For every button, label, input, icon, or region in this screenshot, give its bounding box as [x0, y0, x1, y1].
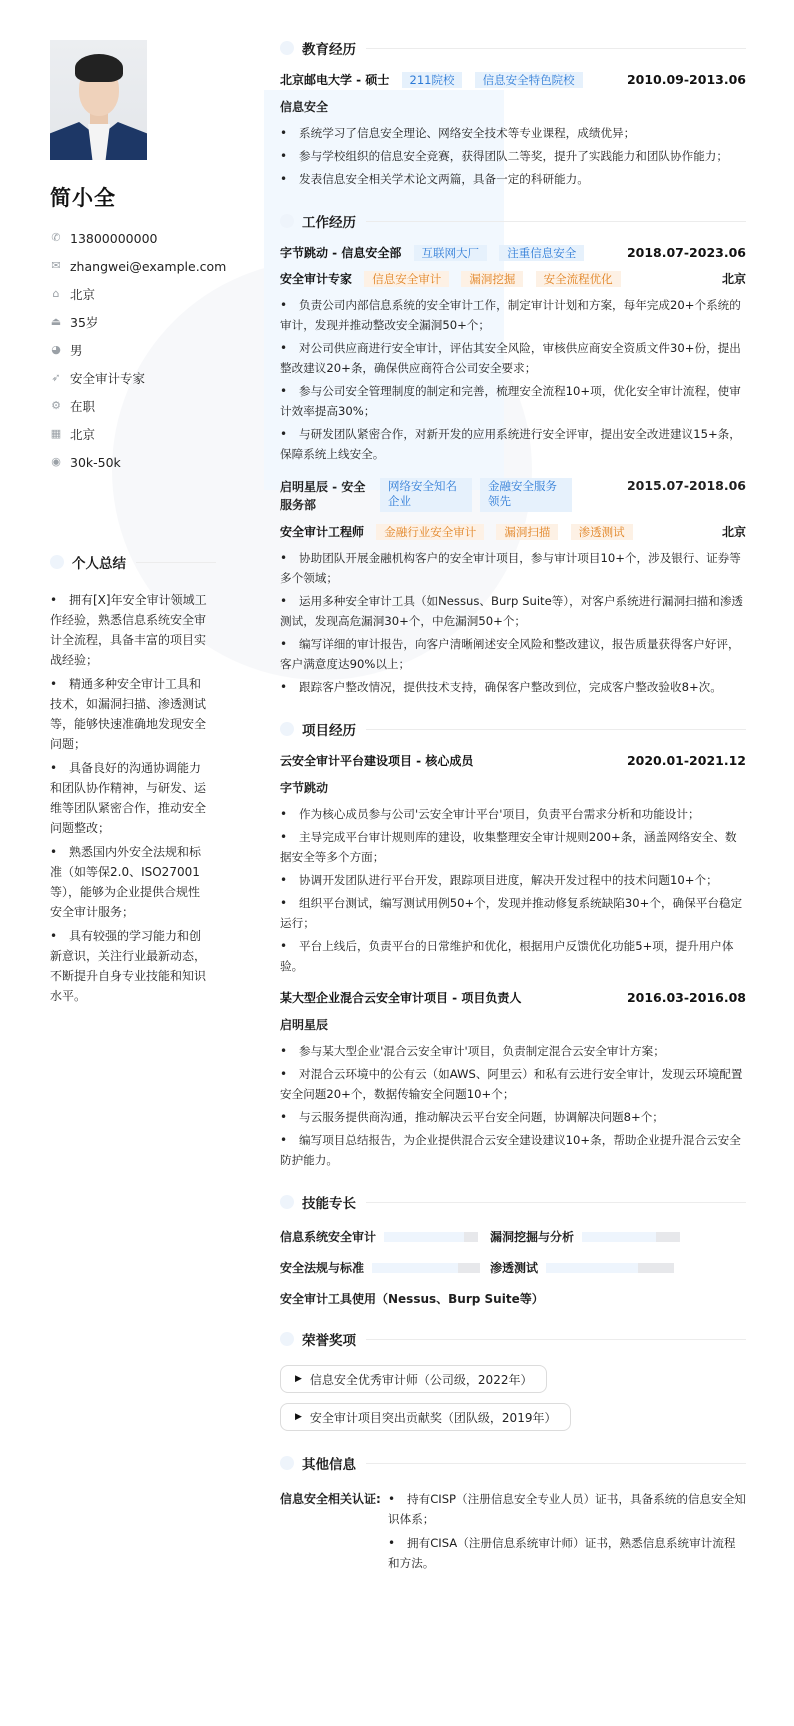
bullet-icon: • — [280, 1064, 299, 1084]
bullet-icon: • — [280, 146, 299, 166]
company-block: 字节跳动 - 信息安全部 互联网大厂 注重信息安全 — [280, 245, 627, 261]
school-block: 北京邮电大学 - 硕士 211院校 信息安全特色院校 — [280, 72, 627, 88]
projects-section-header: 项目经历 — [280, 719, 746, 739]
summary-item: •具有较强的学习能力和创新意识，关注行业最新动态，不断提升自身专业技能和知识水平… — [50, 926, 210, 1006]
divider — [366, 1202, 746, 1203]
project-entry: 某大型企业混合云安全审计项目 - 项目负责人 2016.03-2016.08 启… — [280, 990, 746, 1170]
work-section: 工作经历 字节跳动 - 信息安全部 互联网大厂 注重信息安全 2018.07-2… — [280, 211, 746, 697]
project-bullets: •作为核心成员参与公司'云安全审计平台'项目，负责平台需求分析和功能设计； •主… — [280, 804, 746, 976]
email-icon: ✉ — [50, 260, 62, 272]
bullet-text: 与云服务提供商沟通，推动解决云平台安全问题，协调解决问题8+个； — [299, 1110, 664, 1124]
role-block: 安全审计专家 信息安全审计 漏洞挖掘 安全流程优化 — [280, 271, 722, 287]
projects-section: 项目经历 云安全审计平台建设项目 - 核心成员 2020.01-2021.12 … — [280, 719, 746, 1170]
bullet-icon: • — [280, 1130, 299, 1150]
bullet-text: 负责公司内部信息系统的安全审计工作，制定审计计划和方案，每年完成20+个系统的审… — [280, 298, 741, 332]
bullet-text: 运用多种安全审计工具（如Nessus、Burp Suite等），对客户系统进行漏… — [280, 594, 743, 628]
main-content: 教育经历 北京邮电大学 - 硕士 211院校 信息安全特色院校 2010.09-… — [264, 0, 794, 1599]
age-icon: ⏏ — [50, 316, 62, 328]
resume-page: 简小全 ✆ 13800000000 ✉ zhangwei@example.com… — [0, 0, 794, 1599]
sidebar: 简小全 ✆ 13800000000 ✉ zhangwei@example.com… — [0, 0, 264, 1599]
bullet-icon: • — [50, 674, 69, 694]
gender-value: 男 — [70, 341, 83, 359]
school-tag: 211院校 — [402, 72, 463, 88]
bullet-icon: • — [280, 827, 299, 847]
project-entry: 云安全审计平台建设项目 - 核心成员 2020.01-2021.12 字节跳动 … — [280, 753, 746, 976]
project-header-row: 某大型企业混合云安全审计项目 - 项目负责人 2016.03-2016.08 — [280, 990, 746, 1006]
divider — [366, 729, 746, 730]
bullet-text: 对公司供应商进行安全审计，评估其安全风险，审核供应商安全资质文件30+份，提出整… — [280, 341, 741, 375]
contact-status: ⚙ 在职 — [50, 392, 264, 420]
divider — [136, 562, 216, 563]
location-value: 北京 — [70, 285, 95, 303]
summary-list: •拥有[X]年安全审计领域工作经验，熟悉信息系统安全审计全流程，具备丰富的项目实… — [50, 590, 210, 1006]
bullet-icon: • — [50, 590, 69, 610]
project-date: 2016.03-2016.08 — [627, 990, 746, 1006]
bullet-icon: • — [280, 169, 299, 189]
bullet-icon: • — [388, 1489, 407, 1509]
skill-item: 安全法规与标准 — [280, 1259, 480, 1276]
certification-list: •持有CISP（注册信息安全专业人员）证书，具备系统的信息安全知识体系； •拥有… — [388, 1489, 746, 1577]
home-icon: ⌂ — [50, 288, 62, 300]
bullet-item: •运用多种安全审计工具（如Nessus、Burp Suite等），对客户系统进行… — [280, 591, 746, 631]
skill-level-bar — [384, 1232, 478, 1242]
role-title: 安全审计工程师 — [280, 525, 364, 539]
other-section-header: 其他信息 — [280, 1453, 746, 1473]
bullet-text: 参与某大型企业'混合云安全审计'项目，负责制定混合云安全审计方案； — [299, 1044, 665, 1058]
company-name: 启明星辰 - 安全服务部 — [280, 478, 372, 514]
bullet-item: •发表信息安全相关学术论文两篇，具备一定的科研能力。 — [280, 169, 746, 189]
skill-item: 信息系统安全审计 — [280, 1228, 480, 1245]
bullet-item: •参与公司安全管理制度的制定和完善，梳理安全流程10+项，优化安全审计流程，使审… — [280, 381, 746, 421]
section-dot-icon — [280, 722, 294, 736]
section-title: 工作经历 — [302, 211, 356, 231]
job-intent-icon: ➶ — [50, 372, 62, 384]
skills-section: 技能专长 信息系统安全审计 漏洞挖掘与分析 安全法规与标准 渗透测试 — [280, 1192, 746, 1307]
city-value: 北京 — [70, 425, 95, 443]
school-tag: 信息安全特色院校 — [475, 72, 583, 88]
job-bullets: •协助团队开展金融机构客户的安全审计项目，参与审计项目10+个，涉及银行、证券等… — [280, 548, 746, 697]
summary-section-header: 个人总结 — [50, 552, 216, 572]
role-tag: 信息安全审计 — [364, 271, 449, 287]
bullet-item: •系统学习了信息安全理论、网络安全技术等专业课程，成绩优异； — [280, 123, 746, 143]
bullet-icon: • — [50, 926, 69, 946]
skill-level-bar — [372, 1263, 480, 1273]
bullet-item: •持有CISP（注册信息安全专业人员）证书，具备系统的信息安全知识体系； — [388, 1489, 746, 1529]
bullet-text: 参与公司安全管理制度的制定和完善，梳理安全流程10+项，优化安全审计流程，使审计… — [280, 384, 741, 418]
education-section: 教育经历 北京邮电大学 - 硕士 211院校 信息安全特色院校 2010.09-… — [280, 38, 746, 189]
other-section: 其他信息 信息安全相关认证: •持有CISP（注册信息安全专业人员）证书，具备系… — [280, 1453, 746, 1577]
bullet-text: 作为核心成员参与公司'云安全审计平台'项目，负责平台需求分析和功能设计； — [299, 807, 700, 821]
bullet-icon: • — [280, 548, 299, 568]
contact-job-intent: ➶ 安全审计专家 — [50, 364, 264, 392]
bullet-icon: • — [50, 842, 69, 862]
divider — [366, 1339, 746, 1340]
section-dot-icon — [280, 214, 294, 228]
contact-age: ⏏ 35岁 — [50, 308, 264, 336]
project-org: 启明星辰 — [280, 1016, 746, 1033]
triangle-right-icon: ▶ — [295, 1412, 302, 1422]
company-tag: 注重信息安全 — [499, 245, 584, 261]
bullet-text: 跟踪客户整改情况，提供技术支持，确保客户整改到位，完成客户整改验收8+次。 — [299, 680, 722, 694]
bullet-item: •协助团队开展金融机构客户的安全审计项目，参与审计项目10+个，涉及银行、证券等… — [280, 548, 746, 588]
awards-section: 荣誉奖项 ▶ 信息安全优秀审计师（公司级，2022年） ▶ 安全审计项目突出贡献… — [280, 1329, 746, 1431]
job-header-row: 启明星辰 - 安全服务部 网络安全知名企业 金融安全服务领先 2015.07-2… — [280, 478, 746, 514]
triangle-right-icon: ▶ — [295, 1374, 302, 1384]
role-title: 安全审计专家 — [280, 272, 352, 286]
section-title: 教育经历 — [302, 38, 356, 58]
bullet-text: 主导完成平台审计规则库的建设，收集整理安全审计规则200+条，涵盖网络安全、数据… — [280, 830, 737, 864]
contact-location: ⌂ 北京 — [50, 280, 264, 308]
certification-label: 信息安全相关认证: — [280, 1489, 388, 1577]
role-tag: 金融行业安全审计 — [376, 524, 484, 540]
major: 信息安全 — [280, 98, 746, 115]
bullet-item: •与研发团队紧密合作，对新开发的应用系统进行安全评审，提出安全改进建议15+条，… — [280, 424, 746, 464]
phone-value: 13800000000 — [70, 231, 157, 246]
bullet-icon: • — [280, 936, 299, 956]
role-tag: 漏洞挖掘 — [461, 271, 523, 287]
project-date: 2020.01-2021.12 — [627, 753, 746, 769]
contact-list: ✆ 13800000000 ✉ zhangwei@example.com ⌂ 北… — [50, 224, 264, 476]
bullet-icon: • — [280, 1107, 299, 1127]
bullet-item: •编写项目总结报告，为企业提供混合云安全建设建议10+条，帮助企业提升混合云安全… — [280, 1130, 746, 1170]
divider — [366, 1463, 746, 1464]
bullet-item: •参与某大型企业'混合云安全审计'项目，负责制定混合云安全审计方案； — [280, 1041, 746, 1061]
contact-phone: ✆ 13800000000 — [50, 224, 264, 252]
summary-item: •拥有[X]年安全审计领域工作经验，熟悉信息系统安全审计全流程，具备丰富的项目实… — [50, 590, 210, 670]
bullet-text: 持有CISP（注册信息安全专业人员）证书，具备系统的信息安全知识体系； — [388, 1492, 746, 1526]
summary-text: 具备良好的沟通协调能力和团队协作精神，与研发、运维等团队紧密合作，推动安全问题整… — [50, 761, 206, 835]
bullet-item: •参与学校组织的信息安全竞赛，获得团队二等奖，提升了实践能力和团队协作能力； — [280, 146, 746, 166]
skills-section-header: 技能专长 — [280, 1192, 746, 1212]
awards-section-header: 荣誉奖项 — [280, 1329, 746, 1349]
contact-email: ✉ zhangwei@example.com — [50, 252, 264, 280]
award-text: 信息安全优秀审计师（公司级，2022年） — [310, 1371, 533, 1388]
phone-icon: ✆ — [50, 232, 62, 244]
gender-icon: ◕ — [50, 344, 62, 356]
section-title: 个人总结 — [72, 552, 126, 572]
skill-item: 渗透测试 — [490, 1259, 680, 1276]
education-bullets: •系统学习了信息安全理论、网络安全技术等专业课程，成绩优异； •参与学校组织的信… — [280, 123, 746, 189]
city-icon: ▦ — [50, 428, 62, 440]
bullet-item: •主导完成平台审计规则库的建设，收集整理安全审计规则200+条，涵盖网络安全、数… — [280, 827, 746, 867]
bullet-text: 协调开发团队进行平台开发，跟踪项目进度，解决开发过程中的技术问题10+个； — [299, 873, 718, 887]
company-name: 字节跳动 - 信息安全部 — [280, 246, 401, 260]
summary-text: 拥有[X]年安全审计领域工作经验，熟悉信息系统安全审计全流程，具备丰富的项目实战… — [50, 593, 207, 667]
role-block: 安全审计工程师 金融行业安全审计 漏洞扫描 渗透测试 — [280, 524, 722, 540]
skill-name: 渗透测试 — [490, 1259, 538, 1276]
bullet-item: •对混合云环境中的公有云（如AWS、阿里云）和私有云进行安全审计，发现云环境配置… — [280, 1064, 746, 1104]
project-bullets: •参与某大型企业'混合云安全审计'项目，负责制定混合云安全审计方案； •对混合云… — [280, 1041, 746, 1170]
project-header-row: 云安全审计平台建设项目 - 核心成员 2020.01-2021.12 — [280, 753, 746, 769]
awards-list: ▶ 信息安全优秀审计师（公司级，2022年） ▶ 安全审计项目突出贡献奖（团队级… — [280, 1355, 746, 1431]
section-title: 项目经历 — [302, 719, 356, 739]
education-date: 2010.09-2013.06 — [627, 72, 746, 88]
role-row: 安全审计专家 信息安全审计 漏洞挖掘 安全流程优化 北京 — [280, 271, 746, 287]
bullet-item: •作为核心成员参与公司'云安全审计平台'项目，负责平台需求分析和功能设计； — [280, 804, 746, 824]
bullet-text: 系统学习了信息安全理论、网络安全技术等专业课程，成绩优异； — [299, 126, 635, 140]
section-title: 其他信息 — [302, 1453, 356, 1473]
skill-level-bar — [546, 1263, 674, 1273]
role-tag: 漏洞扫描 — [496, 524, 558, 540]
contact-city: ▦ 北京 — [50, 420, 264, 448]
award-item: ▶ 信息安全优秀审计师（公司级，2022年） — [280, 1365, 547, 1393]
role-row: 安全审计工程师 金融行业安全审计 漏洞扫描 渗透测试 北京 — [280, 524, 746, 540]
bullet-icon: • — [280, 295, 299, 315]
age-value: 35岁 — [70, 313, 98, 331]
bullet-text: 组织平台测试，编写测试用例50+个，发现并推动修复系统缺陷30+个，确保平台稳定… — [280, 896, 742, 930]
divider — [366, 48, 746, 49]
job-header-row: 字节跳动 - 信息安全部 互联网大厂 注重信息安全 2018.07-2023.0… — [280, 245, 746, 261]
bullet-icon: • — [280, 338, 299, 358]
job-date: 2018.07-2023.06 — [627, 245, 746, 261]
bullet-icon: • — [280, 1041, 299, 1061]
project-org: 字节跳动 — [280, 779, 746, 796]
bullet-icon: • — [280, 804, 299, 824]
bullet-item: •组织平台测试，编写测试用例50+个，发现并推动修复系统缺陷30+个，确保平台稳… — [280, 893, 746, 933]
bullet-text: 与研发团队紧密合作，对新开发的应用系统进行安全评审，提出安全改进建议15+条，保… — [280, 427, 741, 461]
bullet-icon: • — [280, 591, 299, 611]
section-title: 荣誉奖项 — [302, 1329, 356, 1349]
summary-item: •熟悉国内外安全法规和标准（如等保2.0、ISO27001等），能够为企业提供合… — [50, 842, 210, 922]
candidate-name: 简小全 — [50, 182, 264, 212]
bullet-item: •编写详细的审计报告，向客户清晰阐述安全风险和整改建议，报告质量获得客户好评，客… — [280, 634, 746, 674]
role-tag: 安全流程优化 — [536, 271, 621, 287]
skill-item: 漏洞挖掘与分析 — [490, 1228, 680, 1245]
bullet-icon: • — [280, 870, 299, 890]
bullet-icon: • — [280, 381, 299, 401]
award-text: 安全审计项目突出贡献奖（团队级，2019年） — [310, 1409, 557, 1426]
contact-gender: ◕ 男 — [50, 336, 264, 364]
award-item: ▶ 安全审计项目突出贡献奖（团队级，2019年） — [280, 1403, 571, 1431]
bullet-icon: • — [280, 123, 299, 143]
summary-text: 精通多种安全审计工具和技术，如漏洞扫描、渗透测试等，能够快速准确地发现安全问题； — [50, 677, 206, 751]
job-date: 2015.07-2018.06 — [627, 478, 746, 493]
bullet-text: 参与学校组织的信息安全竞赛，获得团队二等奖，提升了实践能力和团队协作能力； — [299, 149, 728, 163]
job-bullets: •负责公司内部信息系统的安全审计工作，制定审计计划和方案，每年完成20+个系统的… — [280, 295, 746, 464]
salary-icon: ◉ — [50, 456, 62, 468]
bullet-text: 平台上线后，负责平台的日常维护和优化，根据用户反馈优化功能5+项，提升用户体验。 — [280, 939, 733, 973]
bullet-icon: • — [388, 1533, 407, 1553]
bullet-icon: • — [50, 758, 69, 778]
skill-name: 安全法规与标准 — [280, 1259, 364, 1276]
bullet-text: 拥有CISA（注册信息系统审计师）证书，熟悉信息系统审计流程和方法。 — [388, 1536, 735, 1570]
status-icon: ⚙ — [50, 400, 62, 412]
skill-name: 漏洞挖掘与分析 — [490, 1228, 574, 1245]
bullet-item: •对公司供应商进行安全审计，评估其安全风险，审核供应商安全资质文件30+份，提出… — [280, 338, 746, 378]
job-intent-value: 安全审计专家 — [70, 369, 145, 387]
summary-item: •精通多种安全审计工具和技术，如漏洞扫描、渗透测试等，能够快速准确地发现安全问题… — [50, 674, 210, 754]
section-dot-icon — [50, 555, 64, 569]
bullet-icon: • — [280, 893, 299, 913]
skill-item-tools: 安全审计工具使用（Nessus、Burp Suite等） — [280, 1290, 680, 1307]
status-value: 在职 — [70, 397, 95, 415]
certification-block: 信息安全相关认证: •持有CISP（注册信息安全专业人员）证书，具备系统的信息安… — [280, 1489, 746, 1577]
bullet-text: 编写详细的审计报告，向客户清晰阐述安全风险和整改建议，报告质量获得客户好评，客户… — [280, 637, 740, 671]
bullet-text: 协助团队开展金融机构客户的安全审计项目，参与审计项目10+个，涉及银行、证券等多… — [280, 551, 741, 585]
project-name: 某大型企业混合云安全审计项目 - 项目负责人 — [280, 990, 627, 1006]
company-tag: 互联网大厂 — [414, 245, 488, 261]
job-entry: 字节跳动 - 信息安全部 互联网大厂 注重信息安全 2018.07-2023.0… — [280, 245, 746, 464]
project-name: 云安全审计平台建设项目 - 核心成员 — [280, 753, 627, 769]
section-dot-icon — [280, 41, 294, 55]
summary-text: 具有较强的学习能力和创新意识，关注行业最新动态，不断提升自身专业技能和知识水平。 — [50, 929, 206, 1003]
summary-item: •具备良好的沟通协调能力和团队协作精神，与研发、运维等团队紧密合作，推动安全问题… — [50, 758, 210, 838]
salary-value: 30k-50k — [70, 455, 121, 470]
avatar — [50, 40, 147, 160]
skill-name: 信息系统安全审计 — [280, 1228, 376, 1245]
skills-grid: 信息系统安全审计 漏洞挖掘与分析 安全法规与标准 渗透测试 安全审计工具使用（N… — [280, 1228, 746, 1307]
contact-salary: ◉ 30k-50k — [50, 448, 264, 476]
section-dot-icon — [280, 1195, 294, 1209]
bullet-text: 编写项目总结报告，为企业提供混合云安全建设建议10+条，帮助企业提升混合云安全防… — [280, 1133, 741, 1167]
email-value: zhangwei@example.com — [70, 259, 226, 274]
skill-level-bar — [582, 1232, 680, 1242]
bullet-item: •与云服务提供商沟通，推动解决云平台安全问题，协调解决问题8+个； — [280, 1107, 746, 1127]
divider — [366, 221, 746, 222]
summary-text: 熟悉国内外安全法规和标准（如等保2.0、ISO27001等），能够为企业提供合规… — [50, 845, 201, 919]
job-city: 北京 — [722, 271, 746, 287]
school-name: 北京邮电大学 - 硕士 — [280, 73, 389, 87]
work-section-header: 工作经历 — [280, 211, 746, 231]
section-dot-icon — [280, 1332, 294, 1346]
section-title: 技能专长 — [302, 1192, 356, 1212]
education-section-header: 教育经历 — [280, 38, 746, 58]
education-header-row: 北京邮电大学 - 硕士 211院校 信息安全特色院校 2010.09-2013.… — [280, 72, 746, 88]
bullet-item: •负责公司内部信息系统的安全审计工作，制定审计计划和方案，每年完成20+个系统的… — [280, 295, 746, 335]
company-tag: 金融安全服务领先 — [480, 478, 572, 512]
section-dot-icon — [280, 1456, 294, 1470]
bullet-item: •平台上线后，负责平台的日常维护和优化，根据用户反馈优化功能5+项，提升用户体验… — [280, 936, 746, 976]
bullet-text: 对混合云环境中的公有云（如AWS、阿里云）和私有云进行安全审计，发现云环境配置安… — [280, 1067, 743, 1101]
bullet-icon: • — [280, 634, 299, 654]
bullet-item: •拥有CISA（注册信息系统审计师）证书，熟悉信息系统审计流程和方法。 — [388, 1533, 746, 1573]
job-city: 北京 — [722, 524, 746, 540]
company-tag: 网络安全知名企业 — [380, 478, 472, 512]
bullet-text: 发表信息安全相关学术论文两篇，具备一定的科研能力。 — [299, 172, 589, 186]
education-entry: 北京邮电大学 - 硕士 211院校 信息安全特色院校 2010.09-2013.… — [280, 72, 746, 189]
bullet-icon: • — [280, 677, 299, 697]
role-tag: 渗透测试 — [571, 524, 633, 540]
bullet-item: •跟踪客户整改情况，提供技术支持，确保客户整改到位，完成客户整改验收8+次。 — [280, 677, 746, 697]
bullet-item: •协调开发团队进行平台开发，跟踪项目进度，解决开发过程中的技术问题10+个； — [280, 870, 746, 890]
job-entry: 启明星辰 - 安全服务部 网络安全知名企业 金融安全服务领先 2015.07-2… — [280, 478, 746, 697]
bullet-icon: • — [280, 424, 299, 444]
